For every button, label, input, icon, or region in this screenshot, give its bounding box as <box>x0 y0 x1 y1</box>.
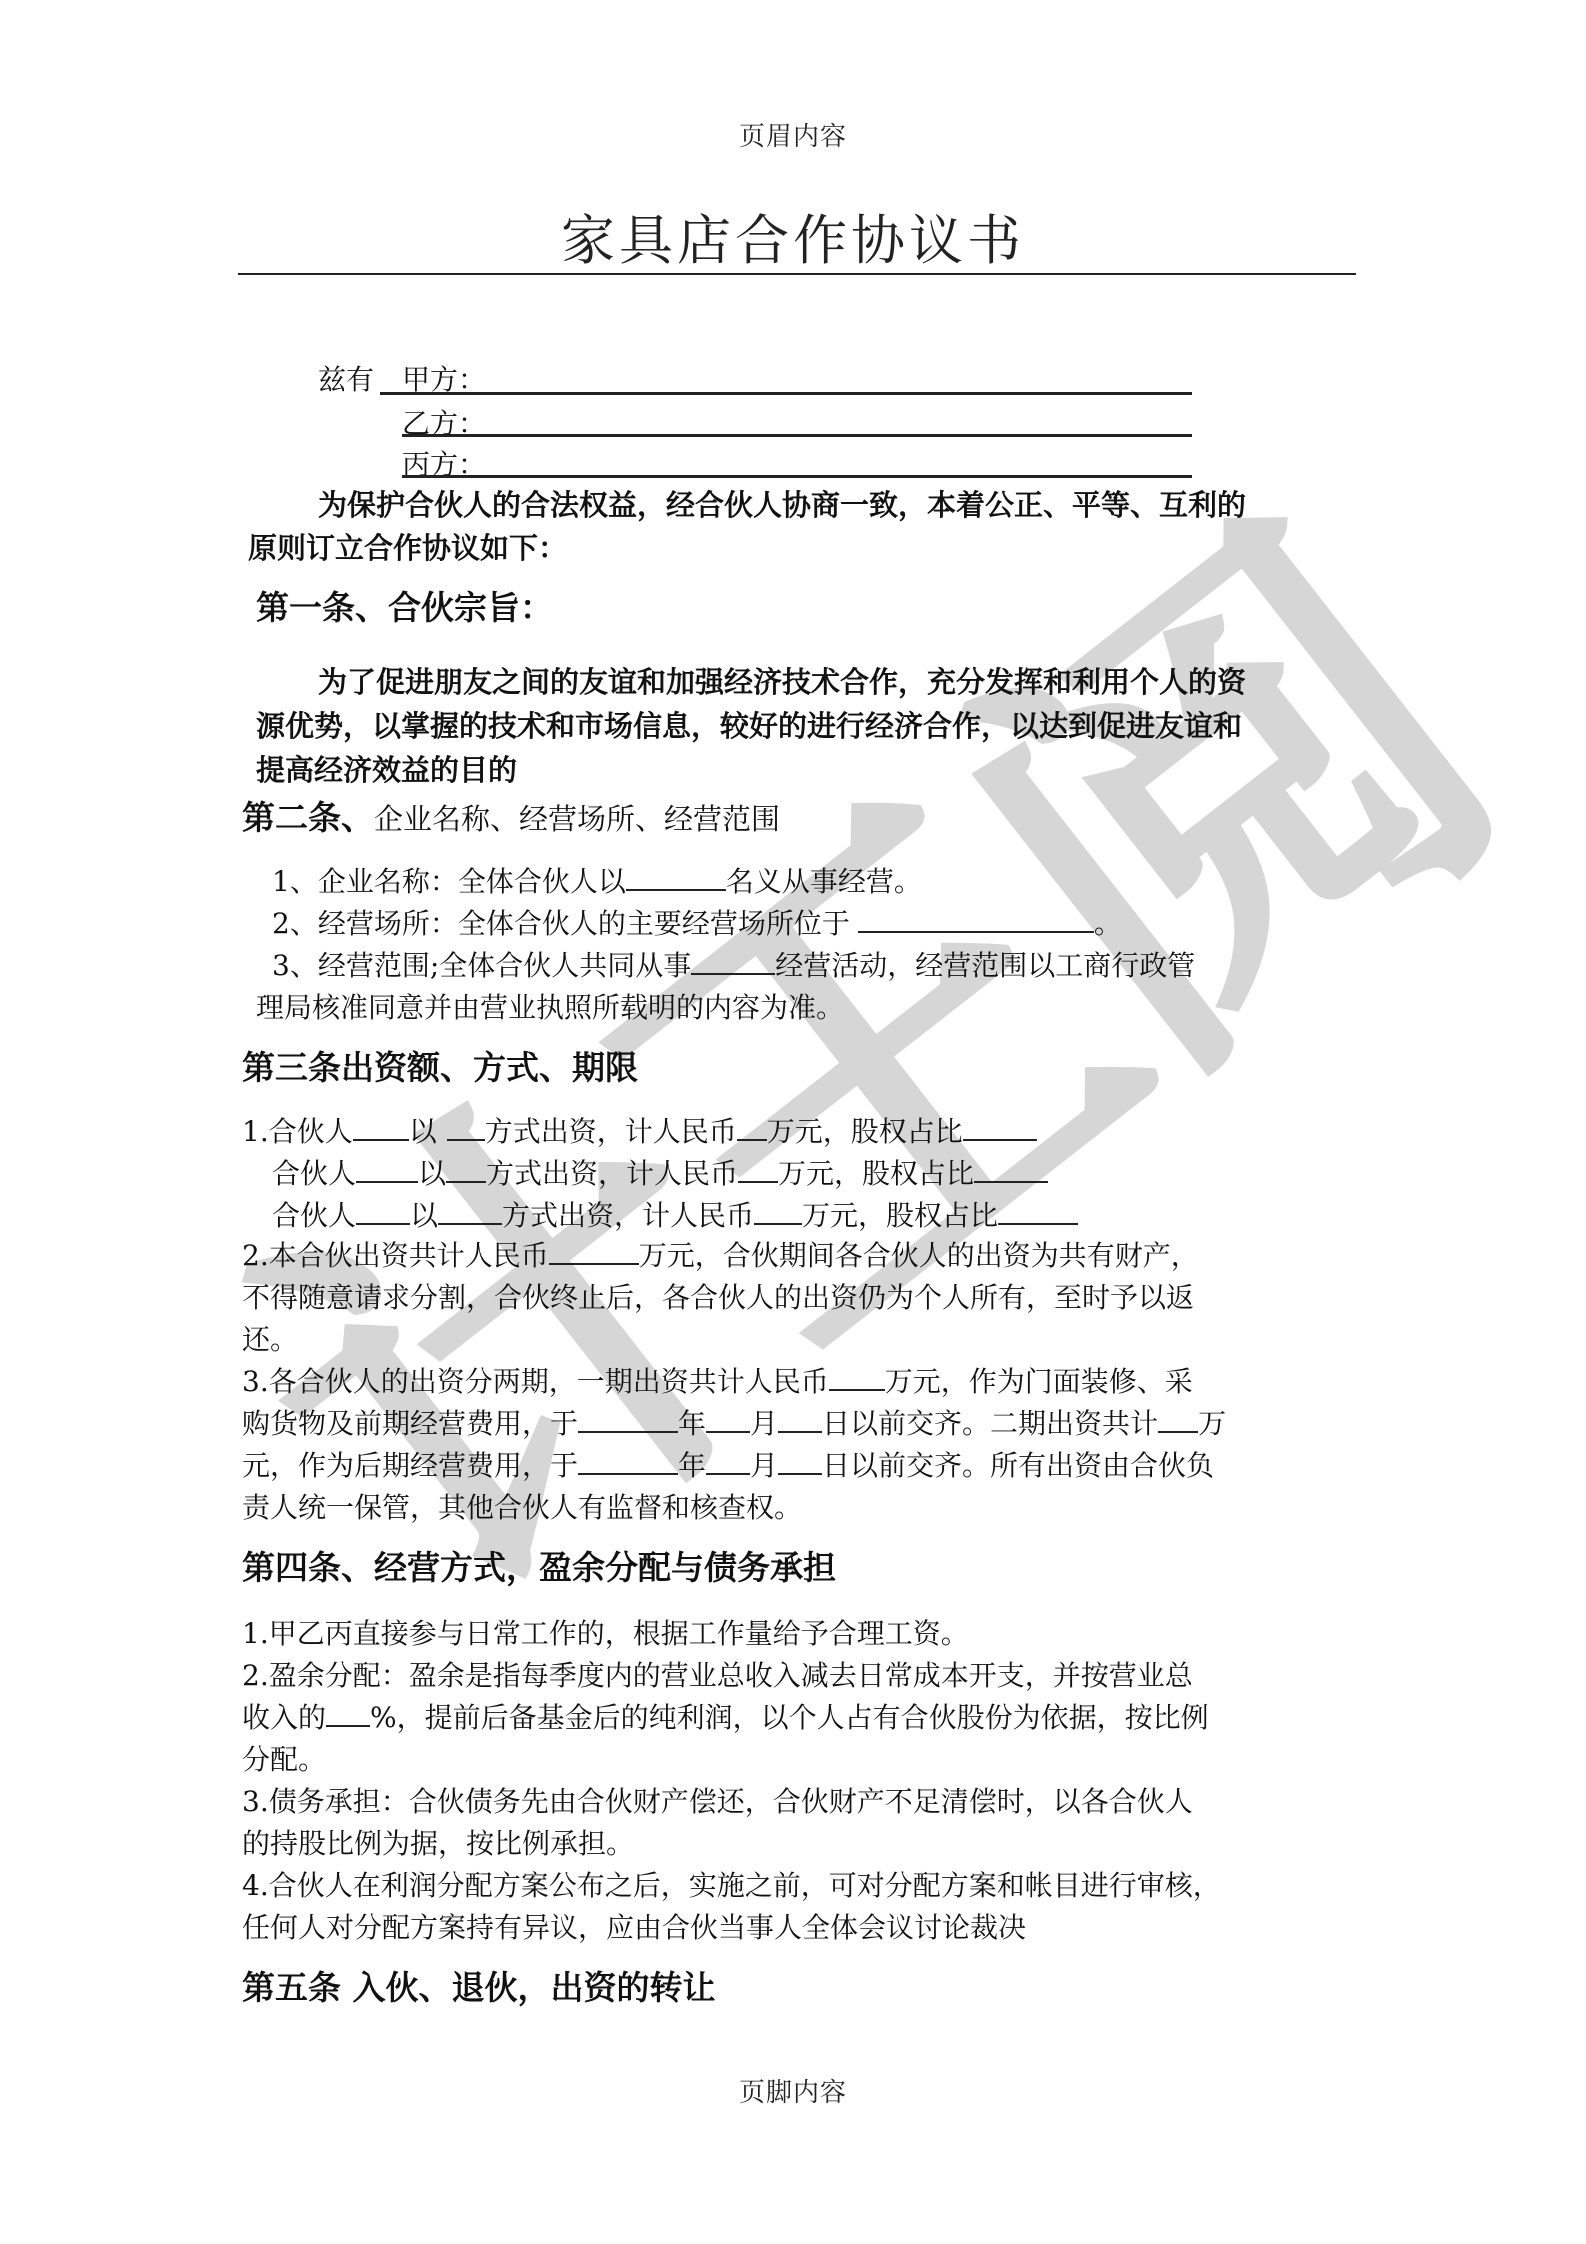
contribution-row-3: 合伙人以方式出资，计人民币万元，股权占比 <box>272 1196 1078 1236</box>
article-2-item-1: 1、企业名称：全体合伙人以名义从事经营。 <box>272 862 922 902</box>
party-a-field[interactable] <box>380 392 1192 395</box>
business-location-blank[interactable] <box>858 905 1094 933</box>
phase-1-amount-blank[interactable] <box>829 1363 885 1391</box>
partner-3-share-blank[interactable] <box>998 1197 1078 1225</box>
preamble-line-1: 为保护合伙人的合法权益，经合伙人协商一致，本着公正、平等、互利的 <box>318 485 1246 525</box>
partner-3-amount-blank[interactable] <box>754 1197 802 1225</box>
phase-1-year-blank[interactable] <box>578 1405 678 1433</box>
party-c-field[interactable] <box>402 475 1192 478</box>
contribution-row-2: 合伙人以方式出资，计人民币万元，股权占比 <box>272 1154 1048 1194</box>
partner-2-amount-blank[interactable] <box>738 1155 778 1183</box>
page-footer: 页脚内容 <box>0 2072 1586 2109</box>
article-1-line-1: 为了促进朋友之间的友谊和加强经济技术合作，充分发挥和利用个人的资 <box>318 662 1246 702</box>
article-3-para-3: 3.各合伙人的出资分两期，一期出资共计人民币万元，作为门面装修、采 <box>242 1362 1193 1402</box>
article-2-heading-prefix: 第二条、 <box>242 798 374 837</box>
partner-2-share-blank[interactable] <box>974 1155 1048 1183</box>
partner-1-method-blank[interactable] <box>447 1113 485 1141</box>
article-4-para-2-line-3: 分配。 <box>242 1740 326 1780</box>
article-4-para-1: 1.甲乙丙直接参与日常工作的，根据工作量给予合理工资。 <box>242 1614 969 1654</box>
article-4-para-4: 4.合伙人在利润分配方案公布之后，实施之前，可对分配方案和帐目进行审核， <box>242 1866 1221 1906</box>
article-3-para-2-line-3: 还。 <box>242 1320 298 1360</box>
phase-2-amount-blank[interactable] <box>1158 1405 1198 1433</box>
article-3-para-2-line-2: 不得随意请求分割，合伙终止后，各合伙人的出资仍为个人所有，至时予以返 <box>242 1278 1194 1318</box>
phase-2-month-blank[interactable] <box>706 1447 750 1475</box>
article-4-para-3: 3.债务承担：合伙债务先由合伙财产偿还，合伙财产不足清偿时，以各合伙人 <box>242 1782 1193 1822</box>
article-4-para-4-line-2: 任何人对分配方案持有异议，应由合伙当事人全体会议讨论裁决 <box>242 1908 1026 1948</box>
article-5-heading: 第五条 入伙、退伙，出资的转让 <box>242 1968 716 2008</box>
article-2-item-3-cont: 理局核准同意并由营业执照所载明的内容为准。 <box>256 988 844 1028</box>
article-2-heading: 第二条、企业名称、经营场所、经营范围 <box>242 798 780 840</box>
partner-1-name-blank[interactable] <box>353 1113 409 1141</box>
business-scope-blank[interactable] <box>691 947 775 975</box>
article-3-para-3-line-3: 元，作为后期经营费用，于年月日以前交齐。所有出资由合伙负 <box>242 1446 1214 1486</box>
phase-2-day-blank[interactable] <box>778 1447 822 1475</box>
article-3-para-3-line-4: 责人统一保管，其他合伙人有监督和核查权。 <box>242 1488 802 1528</box>
party-b-label: 乙方： <box>402 404 486 444</box>
article-4-para-2: 2.盈余分配：盈余是指每季度内的营业总收入减去日常成本开支，并按营业总 <box>242 1656 1193 1696</box>
article-2-item-2: 2、经营场所：全体合伙人的主要经营场所位于。 <box>272 904 1122 944</box>
article-1-line-3: 提高经济效益的目的 <box>256 750 517 790</box>
phase-2-year-blank[interactable] <box>578 1447 678 1475</box>
enterprise-name-blank[interactable] <box>626 863 726 891</box>
article-3-heading: 第三条出资额、方式、期限 <box>242 1048 638 1088</box>
intro-label: 兹有 <box>318 363 374 396</box>
document-title: 家具店合作协议书 <box>0 198 1586 275</box>
title-divider <box>238 273 1356 275</box>
article-1-heading: 第一条、合伙宗旨： <box>256 588 553 628</box>
partner-3-name-blank[interactable] <box>356 1197 410 1225</box>
reserve-percent-blank[interactable] <box>326 1699 370 1727</box>
partner-1-share-blank[interactable] <box>963 1113 1037 1141</box>
page-header: 页眉内容 <box>0 116 1586 153</box>
party-b-field[interactable] <box>402 434 1192 437</box>
phase-1-month-blank[interactable] <box>706 1405 750 1433</box>
article-1-line-2: 源优势，以掌握的技术和市场信息，较好的进行经济合作，以达到促进友谊和 <box>256 706 1242 746</box>
article-4-para-2-line-2: 收入的%，提前后备基金后的纯利润，以个人占有合伙股份为依据，按比例 <box>242 1698 1209 1738</box>
article-2-heading-rest: 企业名称、经营场所、经营范围 <box>374 802 780 836</box>
partner-2-method-blank[interactable] <box>446 1155 486 1183</box>
partner-1-amount-blank[interactable] <box>737 1113 767 1141</box>
party-c-label: 丙方： <box>402 445 486 485</box>
article-3-para-3-line-2: 购货物及前期经营费用，于年月日以前交齐。二期出资共计万 <box>242 1404 1226 1444</box>
article-4-para-3-line-2: 的持股比例为据，按比例承担。 <box>242 1824 634 1864</box>
partner-2-name-blank[interactable] <box>356 1155 418 1183</box>
contribution-row-1: 1.合伙人以方式出资，计人民币万元，股权占比 <box>242 1112 1037 1152</box>
preamble-line-2: 原则订立合作协议如下： <box>248 528 567 568</box>
article-2-item-3: 3、经营范围;全体合伙人共同从事经营活动，经营范围以工商行政管 <box>272 946 1195 986</box>
article-3-para-2: 2.本合伙出资共计人民币万元，合伙期间各合伙人的出资为共有财产， <box>242 1236 1199 1276</box>
parties-intro: 兹有 <box>318 360 374 400</box>
partner-3-method-blank[interactable] <box>438 1197 502 1225</box>
phase-1-day-blank[interactable] <box>778 1405 822 1433</box>
article-4-heading: 第四条、经营方式，盈余分配与债务承担 <box>242 1548 836 1588</box>
total-contribution-blank[interactable] <box>549 1237 639 1265</box>
